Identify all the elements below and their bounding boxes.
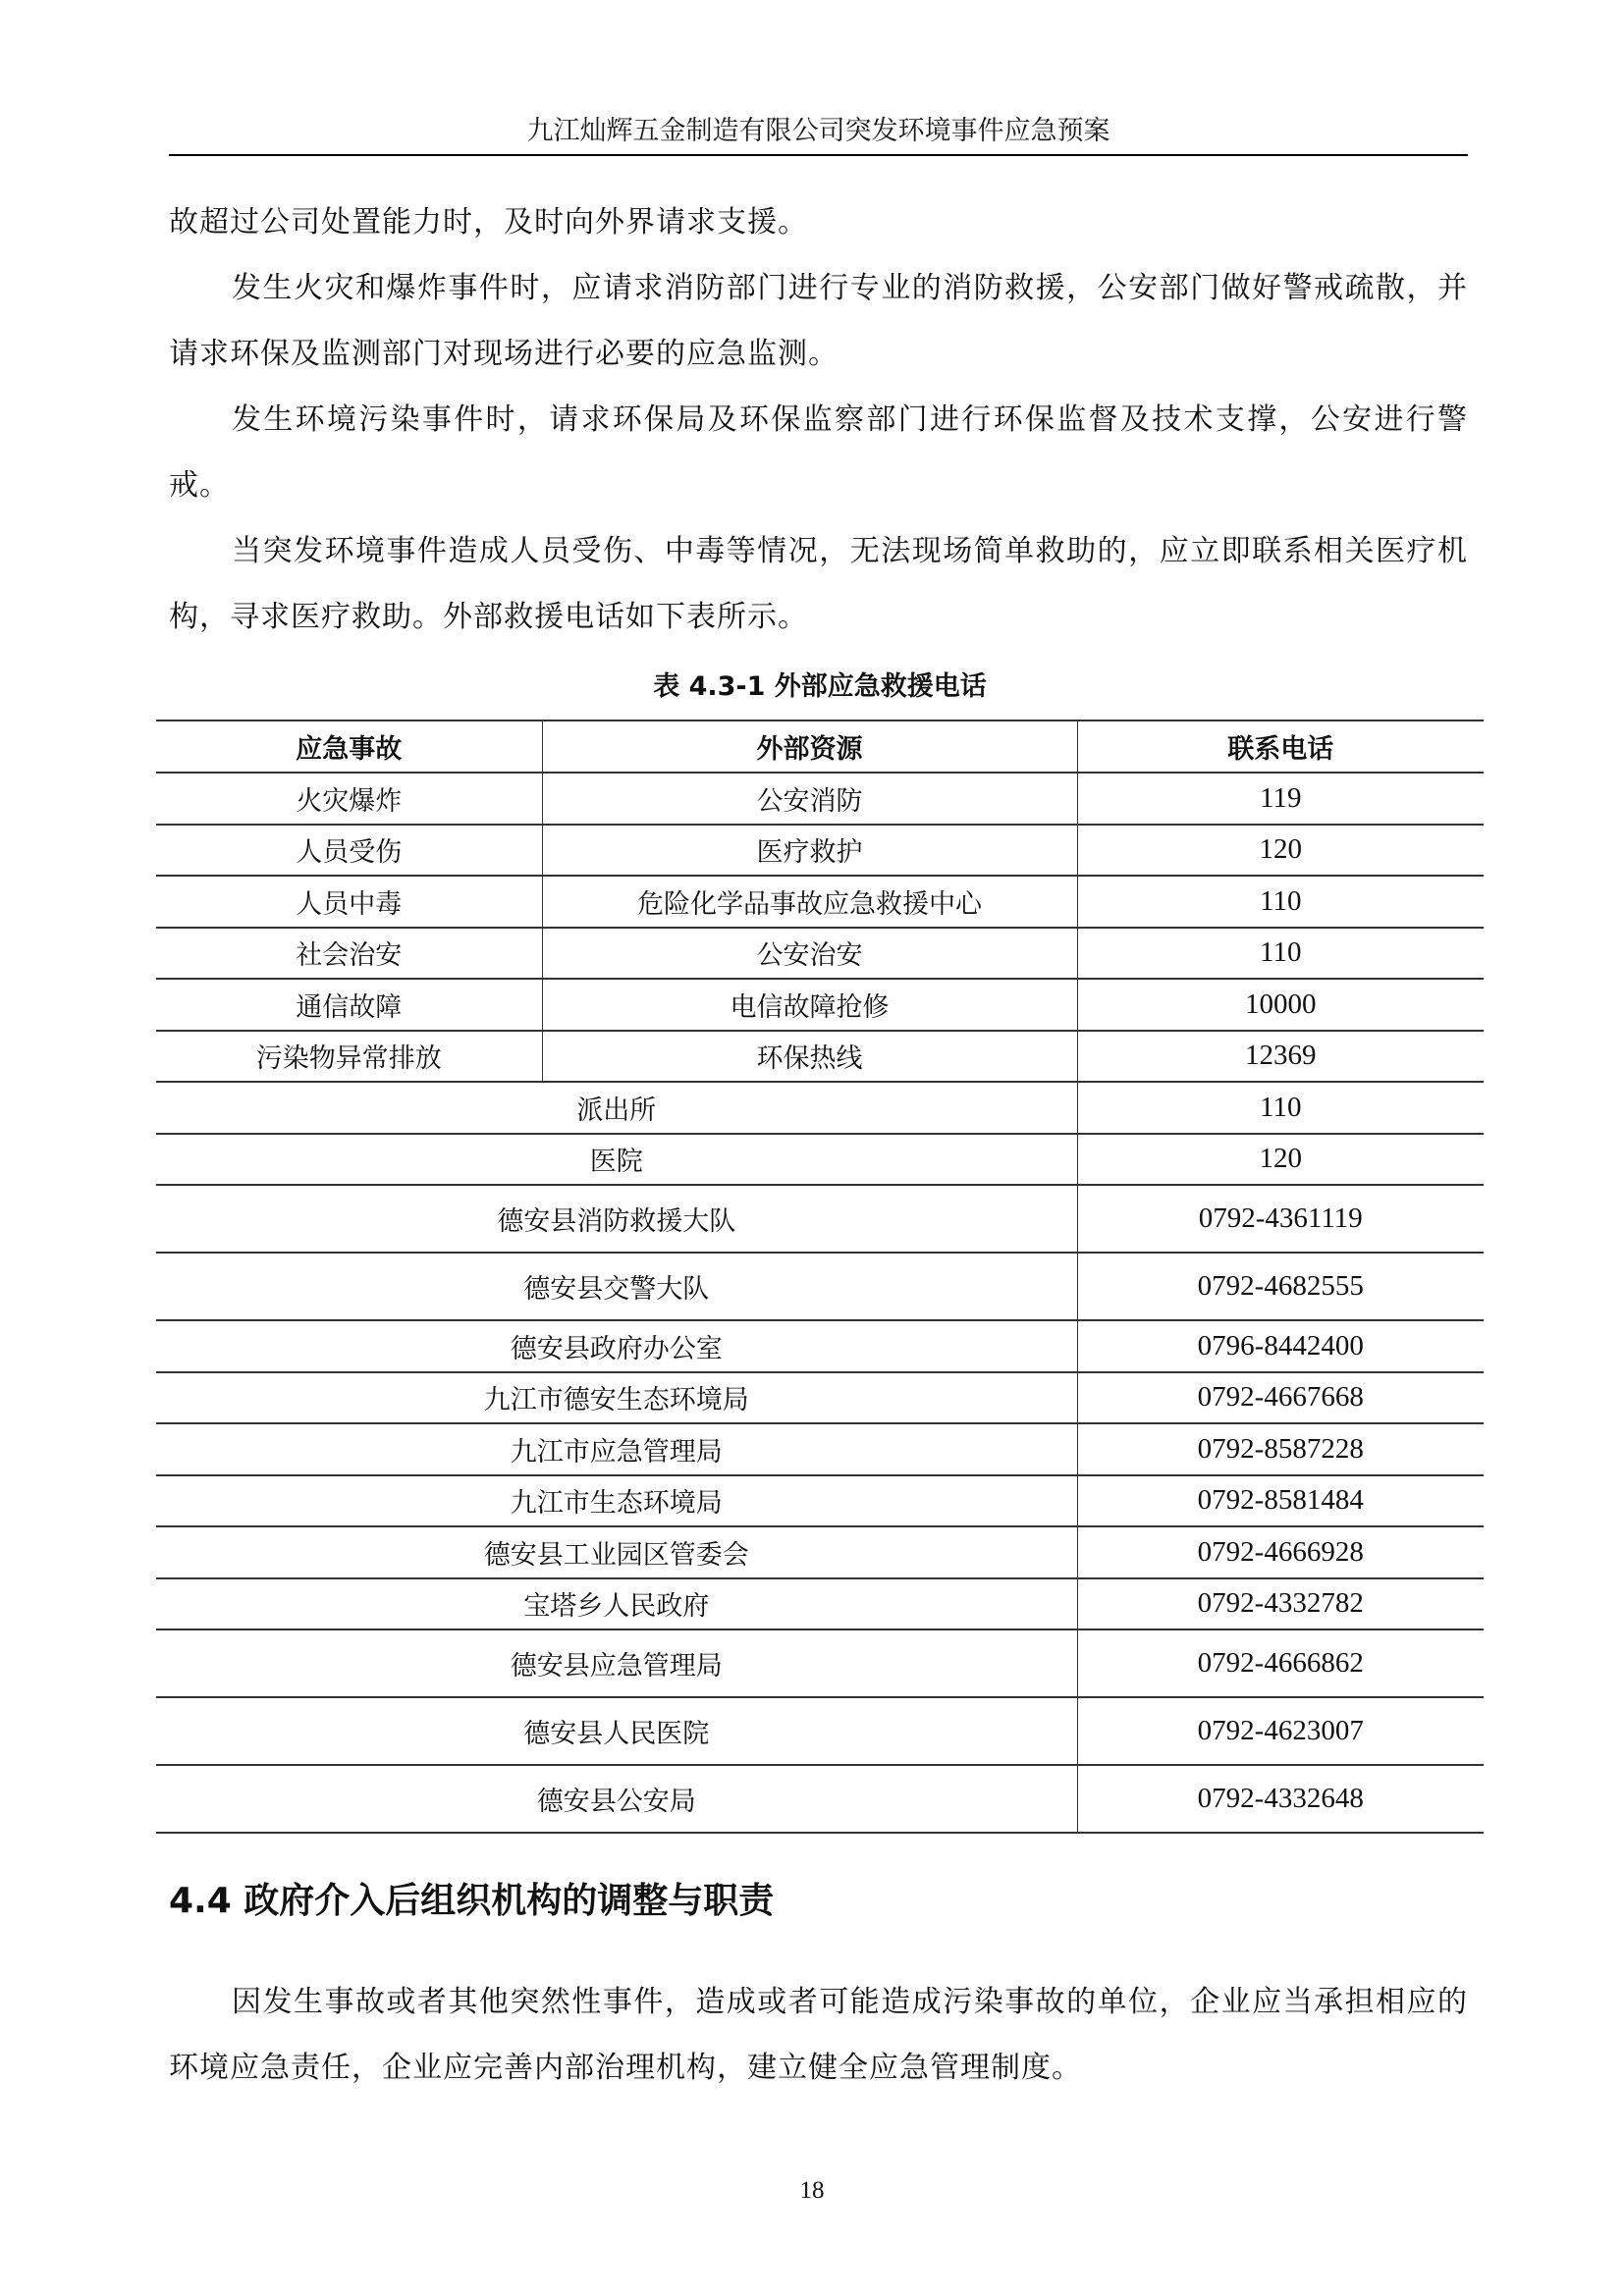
- phone-cell: 0792-8587228: [1077, 1423, 1484, 1475]
- contact-name-cell: 九江市德安生态环境局: [156, 1372, 1077, 1424]
- table-row: 火灾爆炸 公安消防 119: [156, 773, 1484, 825]
- phone-cell: 110: [1077, 928, 1484, 980]
- paragraph: 发生环境污染事件时，请求环保局及环保监察部门进行环保监督及技术支撑，公安进行警戒…: [169, 387, 1468, 518]
- incident-cell: 人员受伤: [156, 825, 542, 877]
- contact-name-cell: 九江市应急管理局: [156, 1423, 1077, 1475]
- incident-cell: 人员中毒: [156, 876, 542, 928]
- table-row: 宝塔乡人民政府 0792-4332782: [156, 1578, 1484, 1630]
- header-rule: [169, 154, 1468, 156]
- contact-name-cell: 九江市生态环境局: [156, 1475, 1077, 1527]
- contact-name-cell: 德安县公安局: [156, 1765, 1077, 1833]
- phone-cell: 120: [1077, 825, 1484, 877]
- phone-cell: 119: [1077, 773, 1484, 825]
- paragraph: 当突发环境事件造成人员受伤、中毒等情况，无法现场简单救助的，应立即联系相关医疗机…: [169, 518, 1468, 650]
- table-row: 派出所 110: [156, 1082, 1484, 1134]
- column-header-phone: 联系电话: [1077, 721, 1484, 773]
- paragraph: 发生火灾和爆炸事件时，应请求消防部门进行专业的消防救援，公安部门做好警戒疏散，并…: [169, 255, 1468, 387]
- phone-cell: 120: [1077, 1134, 1484, 1186]
- phone-cell: 0792-4332648: [1077, 1765, 1484, 1833]
- table-row: 社会治安 公安治安 110: [156, 928, 1484, 980]
- table-row: 九江市应急管理局 0792-8587228: [156, 1423, 1484, 1475]
- resource-cell: 公安治安: [542, 928, 1077, 980]
- resource-cell: 环保热线: [542, 1031, 1077, 1083]
- table-row: 德安县公安局 0792-4332648: [156, 1765, 1484, 1833]
- resource-cell: 电信故障抢修: [542, 979, 1077, 1031]
- phone-cell: 12369: [1077, 1031, 1484, 1083]
- phone-cell: 10000: [1077, 979, 1484, 1031]
- phone-cell: 0792-4332782: [1077, 1578, 1484, 1630]
- contact-name-cell: 德安县应急管理局: [156, 1629, 1077, 1697]
- phone-cell: 0792-4666862: [1077, 1629, 1484, 1697]
- table-row: 德安县工业园区管委会 0792-4666928: [156, 1526, 1484, 1578]
- table-row: 九江市生态环境局 0792-8581484: [156, 1475, 1484, 1527]
- table-row: 德安县人民医院 0792-4623007: [156, 1697, 1484, 1765]
- paragraph: 因发生事故或者其他突然性事件，造成或者可能造成污染事故的单位，企业应当承担相应的…: [169, 1969, 1468, 2101]
- contact-name-cell: 德安县人民医院: [156, 1697, 1077, 1765]
- resource-cell: 危险化学品事故应急救援中心: [542, 876, 1077, 928]
- table-row: 德安县交警大队 0792-4682555: [156, 1253, 1484, 1320]
- resource-cell: 公安消防: [542, 773, 1077, 825]
- table-caption: 表 4.3-1 外部应急救援电话: [156, 669, 1484, 705]
- contact-name-cell: 派出所: [156, 1082, 1077, 1134]
- contact-name-cell: 宝塔乡人民政府: [156, 1578, 1077, 1630]
- incident-cell: 通信故障: [156, 979, 542, 1031]
- table-row: 德安县应急管理局 0792-4666862: [156, 1629, 1484, 1697]
- intro-text: 故超过公司处置能力时，及时向外界请求支援。 发生火灾和爆炸事件时，应请求消防部门…: [169, 189, 1468, 650]
- table-row: 污染物异常排放 环保热线 12369: [156, 1031, 1484, 1083]
- phone-cell: 0792-4361119: [1077, 1185, 1484, 1253]
- phone-cell: 110: [1077, 1082, 1484, 1134]
- phone-cell: 0792-4682555: [1077, 1253, 1484, 1320]
- emergency-contacts-table: 应急事故 外部资源 联系电话 火灾爆炸 公安消防 119 人员受伤 医疗救护 1…: [156, 720, 1484, 1834]
- incident-cell: 火灾爆炸: [156, 773, 542, 825]
- phone-cell: 0792-8581484: [1077, 1475, 1484, 1527]
- column-header-resource: 外部资源: [542, 721, 1077, 773]
- table-row: 德安县政府办公室 0796-8442400: [156, 1320, 1484, 1372]
- page-number: 18: [0, 2175, 1624, 2207]
- table-row: 九江市德安生态环境局 0792-4667668: [156, 1372, 1484, 1424]
- phone-cell: 0792-4666928: [1077, 1526, 1484, 1578]
- table-row: 通信故障 电信故障抢修 10000: [156, 979, 1484, 1031]
- section-text: 因发生事故或者其他突然性事件，造成或者可能造成污染事故的单位，企业应当承担相应的…: [169, 1969, 1468, 2101]
- phone-cell: 0796-8442400: [1077, 1320, 1484, 1372]
- phone-cell: 0792-4623007: [1077, 1697, 1484, 1765]
- contact-name-cell: 德安县消防救援大队: [156, 1185, 1077, 1253]
- table-header-row: 应急事故 外部资源 联系电话: [156, 721, 1484, 773]
- column-header-incident: 应急事故: [156, 721, 542, 773]
- contact-name-cell: 德安县政府办公室: [156, 1320, 1077, 1372]
- table-row: 人员中毒 危险化学品事故应急救援中心 110: [156, 876, 1484, 928]
- incident-cell: 污染物异常排放: [156, 1031, 542, 1083]
- table-row: 人员受伤 医疗救护 120: [156, 825, 1484, 877]
- paragraph: 故超过公司处置能力时，及时向外界请求支援。: [169, 189, 1468, 255]
- phone-cell: 0792-4667668: [1077, 1372, 1484, 1424]
- phone-cell: 110: [1077, 876, 1484, 928]
- table-row: 医院 120: [156, 1134, 1484, 1186]
- contact-name-cell: 德安县交警大队: [156, 1253, 1077, 1320]
- incident-cell: 社会治安: [156, 928, 542, 980]
- section-heading: 4.4 政府介入后组织机构的调整与职责: [169, 1877, 774, 1926]
- contact-name-cell: 医院: [156, 1134, 1077, 1186]
- running-header: 九江灿辉五金制造有限公司突发环境事件应急预案: [169, 114, 1468, 149]
- table-row: 德安县消防救援大队 0792-4361119: [156, 1185, 1484, 1253]
- contact-name-cell: 德安县工业园区管委会: [156, 1526, 1077, 1578]
- resource-cell: 医疗救护: [542, 825, 1077, 877]
